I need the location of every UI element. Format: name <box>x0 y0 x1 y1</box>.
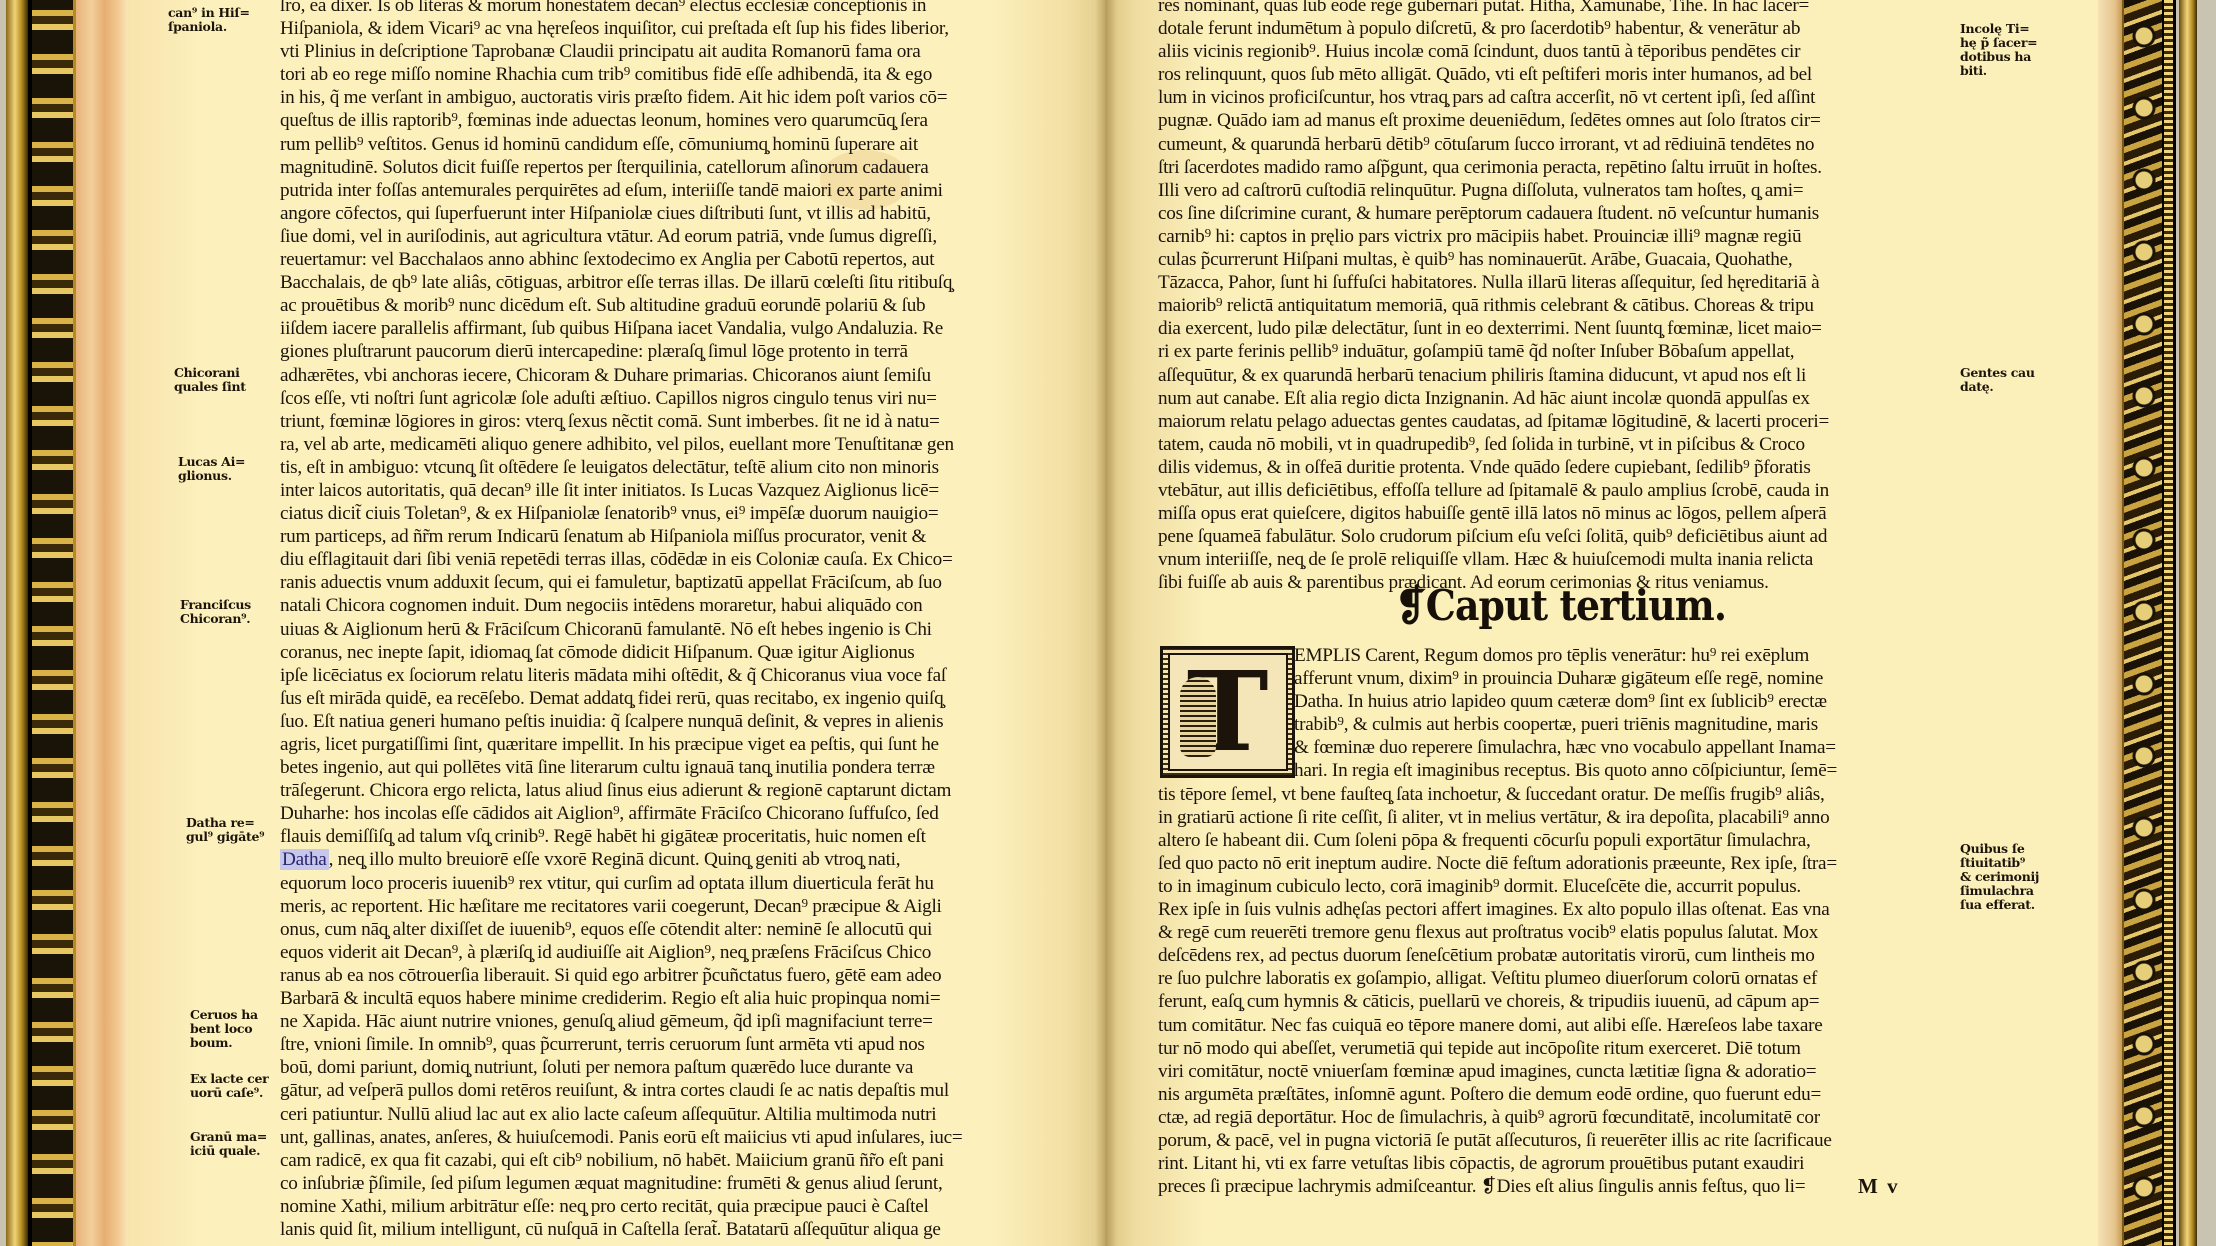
text-line: trāſegerunt. Chicora ergo relicta, latus… <box>280 779 1066 802</box>
text-line: tis tēpore ſemel, vt bene fauſteq̧ ſata … <box>1158 783 1944 806</box>
text-line: trabib⁹, & culmis aut herbis coopertæ, p… <box>1158 713 1944 736</box>
text-line: Duharhe: hos incolas eſſe cādidos ait Ai… <box>280 802 1066 825</box>
text-line: Rex ipſe in ſuis vulnis adhęſas pectori … <box>1158 898 1944 921</box>
right-ornamental-border <box>2122 0 2162 1246</box>
margin-note-line: Datha re= <box>186 816 264 830</box>
text-line: re ſuo pulchre laboratis ex goſampio, al… <box>1158 967 1944 990</box>
margin-note-hispaniola: can⁹ in Hiſ=ſpaniola. <box>168 6 250 34</box>
left-page-body-text: ſro, ea dixer. Is ob literas & morum hon… <box>280 0 1066 1241</box>
text-line: tis, eſt in ambiguo: vtcunq̧ ſit oſtēder… <box>280 456 1066 479</box>
text-line: dia exercent, ludo pilæ delectātur, ſunt… <box>1158 317 1944 340</box>
text-line: & regē cum reuerēti tremore genu flexus … <box>1158 921 1944 944</box>
text-line: rint. Litant hi, vti ex farre vetuſtas l… <box>1158 1152 1944 1175</box>
margin-note-line: ſpaniola. <box>168 20 250 34</box>
text-line: equos viderit ait Decan⁹, à plæriſq̧ id … <box>280 941 1066 964</box>
text-line: magnitudinē. Solutos dicit fuiſſe repert… <box>280 156 1066 179</box>
text-line: maiorum relatu pelago aduectas gentes ca… <box>1158 410 1944 433</box>
text-line: in gratiarū actione ſi rite ceſſit, ſi a… <box>1158 806 1944 829</box>
text-line: Datha, neq̧ illo multo breuiorē eſſe vxo… <box>280 848 1066 871</box>
text-line: porum, & pacē, vel in pugna victoriā ſe … <box>1158 1129 1944 1152</box>
open-book-spread: ſro, ea dixer. Is ob literas & morum hon… <box>0 0 2216 1246</box>
text-line: ſtre, vnioni ſimile. In omnib⁹, quas p̃c… <box>280 1033 1066 1056</box>
margin-note-line: dotibus ha <box>1960 50 2037 64</box>
text-line: in his, q̃ me verſant in ambiguo, auctor… <box>280 86 1066 109</box>
text-line: viri comitātur, noctē vniuerſam fœminæ a… <box>1158 1060 1944 1083</box>
margin-note-line: Ceruos ha <box>190 1008 258 1022</box>
text-line: tatem, cauda nō mobili, vt in quadrupedi… <box>1158 433 1944 456</box>
text-line: aſſequūtur, & ex quarundā herbarū tenaci… <box>1158 364 1944 387</box>
margin-note-line: datę. <box>1960 380 2035 394</box>
text-line: hari. In regia eſt imaginibus receptus. … <box>1158 759 1944 782</box>
text-line: diu eſflagitauit dari ſibi veniā repetēd… <box>280 548 1066 571</box>
margin-note-line: Granū ma= <box>190 1130 267 1144</box>
margin-note-line: iciū quale. <box>190 1144 267 1158</box>
text-line: to in imaginum cubiculo lecto, corā imag… <box>1158 875 1944 898</box>
text-line: Barbarā & incultā equos habere minime cr… <box>280 987 1066 1010</box>
text-line: cam radicē, ex qua fit cazabi, qui eſt c… <box>280 1149 1066 1172</box>
margin-note-line: hę p̃ ſacer= <box>1960 36 2037 50</box>
margin-note-franciscus: FranciſcusChicoran⁹. <box>180 598 251 626</box>
text-line: triunt, fœminæ lōgiores in giros: vterq̧… <box>280 410 1066 433</box>
text-line: boū, domi pariunt, domiq̧ nutriunt, ſolu… <box>280 1056 1066 1079</box>
text-line: ra, vel ab arte, medicamēti aliquo gener… <box>280 433 1066 456</box>
text-line: tur nō modo qui abeſſet, verumetiā qui t… <box>1158 1037 1944 1060</box>
text-line: dotale ferunt indumētum à populo diſcret… <box>1158 17 1944 40</box>
text-line: rum particeps, ad ñr̃m rerum Indicarū ſ… <box>280 525 1066 548</box>
margin-note-line: Incolę Ti= <box>1960 22 2037 36</box>
text-line: co inſubriæ p̃ſimile, ſed piſum legumen … <box>280 1172 1066 1195</box>
text-line: tori ab eo rege miſſo nomine Rhachia cum… <box>280 63 1066 86</box>
text-line: angore cōfectos, qui ſuperfuerunt inter … <box>280 202 1066 225</box>
text-line: flauis demiſſiſq̧ ad talum vſq̧ crinib⁹.… <box>280 825 1066 848</box>
text-line: ſed quo pacto nō erit ineptum audire. No… <box>1158 852 1944 875</box>
margin-note-granum: Granū ma=iciū quale. <box>190 1130 267 1158</box>
text-line: cos ſine diſcrimine curant, & humare per… <box>1158 202 1944 225</box>
right-gilt-edge <box>2179 0 2197 1246</box>
margin-note-line: Lucas Ai= <box>178 455 245 469</box>
text-line: ac prouētibus & morib⁹ nunc dicēdum eſt.… <box>280 294 1066 317</box>
text-line: ceri patiuntur. Nullū aliud lac aut ex a… <box>280 1103 1066 1126</box>
text-line: cumeunt, & quarundā herbarū dētib⁹ cōtuſ… <box>1158 133 1944 156</box>
right-page-body-text-bottom: EMPLIS Carent, Regum domos pro tēplis ve… <box>1158 644 1944 1198</box>
text-line: ciatus dicit̃ ciuis Toletan⁹, & ex Hiſpa… <box>280 502 1066 525</box>
margin-note-line: glionus. <box>178 469 245 483</box>
text-line: num aut canabe. Eſt alia regio dicta Inz… <box>1158 387 1944 410</box>
text-line: natali Chicora cognomen induit. Dum nego… <box>280 594 1066 617</box>
text-line: pugnæ. Quādo iam ad manus eſt proxime de… <box>1158 109 1944 132</box>
text-line: rum pellib⁹ veſtitos. Genus id hominū ca… <box>280 133 1066 156</box>
text-line: ri ex parte ferinis pellib⁹ induātur, go… <box>1158 340 1944 363</box>
text-line: culas p̃currerunt Hiſpani multas, è quib… <box>1158 248 1944 271</box>
margin-note-line: quales ſint <box>174 380 246 394</box>
text-line: EMPLIS Carent, Regum domos pro tēplis ve… <box>1158 644 1944 667</box>
text-line: altero ſe habeant dii. Cum ſoleni pōpa &… <box>1158 829 1944 852</box>
text-line: reuertamur: vel Bacchalaos anno abhinc ſ… <box>280 248 1066 271</box>
margin-note-line: boum. <box>190 1036 258 1050</box>
text-line: Tāzacca, Pahor, ſunt hi ſuffuſci habitat… <box>1158 271 1944 294</box>
text-line: preces ſi præcipue lachrymis admiſceantu… <box>1158 1175 1944 1198</box>
right-page-body-text-top: res nominant, quas ſub eodē rege guberna… <box>1158 0 1944 594</box>
text-line: agris, licet purgatiſſimi ſint, quæritar… <box>280 733 1066 756</box>
text-line: gātur, ad veſperā pullos domi retēros re… <box>280 1079 1066 1102</box>
text-line: coranus, nec inepte ſapit, idiomaq̧ ſat … <box>280 641 1066 664</box>
text-line: ctæ, ad regiā deportātur. Hoc de ſimulac… <box>1158 1106 1944 1129</box>
margin-note-gentes: Gentes caudatę. <box>1960 366 2035 394</box>
margin-note-quibus: Quibus ſeſtiuitatib⁹& cerimonijſimulachr… <box>1960 842 2039 912</box>
margin-note-ceruos: Ceruos habent locoboum. <box>190 1008 258 1050</box>
margin-note-line: Quibus ſe <box>1960 842 2039 856</box>
text-line: pene ſquameā fabulātur. Solo crudorum pi… <box>1158 525 1944 548</box>
text-line: nomine Xathi, milium arbitrātur eſſe: ne… <box>280 1195 1066 1218</box>
margin-note-line: uorū caſe⁹. <box>190 1086 268 1100</box>
text-line: inter laicos autoritatis, quā decan⁹ ill… <box>280 479 1066 502</box>
text-line: equorum loco proceris iuuenib⁹ rex vtitu… <box>280 872 1066 895</box>
text-line: meris, ac reportent. Hic hæſitare me rec… <box>280 895 1066 918</box>
text-line: lanis quid ſit, milium intelligunt, cū n… <box>280 1218 1066 1241</box>
text-line: deſcēdens rex, ad pectus duorum ſeneſcēt… <box>1158 944 1944 967</box>
text-line: iiſdem iacere parallelis affirmant, ſub … <box>280 317 1066 340</box>
right-page-edges <box>2098 0 2122 1246</box>
text-line: lum in vicinos proficiſcuntur, hos vtraq… <box>1158 86 1944 109</box>
margin-note-line: Gentes cau <box>1960 366 2035 380</box>
chapter-heading: ❡Caput tertium. <box>1395 582 1726 630</box>
margin-note-line: ſtiuitatib⁹ <box>1960 856 2039 870</box>
margin-note-incolae: Incolę Ti=hę p̃ ſacer=dotibus habiti. <box>1960 22 2037 78</box>
margin-note-line: Ex lacte cer <box>190 1072 268 1086</box>
text-line: afferunt vnum, dixim⁹ in prouincia Duhar… <box>1158 667 1944 690</box>
margin-note-line: Franciſcus <box>180 598 251 612</box>
text-line: ſuo. Eſt natiua generi humano peſtis inu… <box>280 710 1066 733</box>
left-page-edges <box>76 0 128 1246</box>
text-line: maiorib⁹ relictā antiquitatum memoriā, q… <box>1158 294 1944 317</box>
text-line: putrida inter foſſas antemurales perquir… <box>280 179 1066 202</box>
margin-note-exlacte: Ex lacte ceruorū caſe⁹. <box>190 1072 268 1100</box>
text-line: tum comitātur. Nec fas cuiquā eo tēpore … <box>1158 1014 1944 1037</box>
margin-note-line: can⁹ in Hiſ= <box>168 6 250 20</box>
left-gilt-border <box>28 0 76 1246</box>
text-line: ipſe licēciatus ex ſociorum relatu liter… <box>280 664 1066 687</box>
text-line: Hiſpaniola, & idem Vicari⁹ ac vna hęreſ… <box>280 17 1066 40</box>
margin-note-line: gul⁹ gigāte⁹ <box>186 830 264 844</box>
text-line: giones pluſtrarunt paucorum dierū interc… <box>280 340 1066 363</box>
text-line: Illi vero ad caſtrorū cuſtodiā relinquūt… <box>1158 179 1944 202</box>
margin-note-line: ſua efferat. <box>1960 898 2039 912</box>
text-line: & fœminæ duo reperere ſimulachra, hæc vn… <box>1158 736 1944 759</box>
text-line: vnum interiiſſe, neq̧ de ſe prolē reliqu… <box>1158 548 1944 571</box>
margin-note-line: Chicoran⁹. <box>180 612 251 626</box>
text-line: uiuas & Aiglionum herū & Frāciſcum Chico… <box>280 618 1066 641</box>
text-line: carnib⁹ hi: captos in pręlio pars victri… <box>1158 225 1944 248</box>
right-beaded-border <box>2162 0 2176 1246</box>
margin-note-line: Chicorani <box>174 366 246 380</box>
text-line: ranis aduectis vnum adduxit ſecum, qui e… <box>280 571 1066 594</box>
margin-note-chicorani: Chicoraniquales ſint <box>174 366 246 394</box>
signature-mark: M v <box>1858 1174 1900 1199</box>
text-line: ros relinquunt, quos ſub mēto alligāt. Q… <box>1158 63 1944 86</box>
margin-note-line: ſimulachra <box>1960 884 2039 898</box>
text-line: ne Xapida. Hāc aiunt nutrire vniones, ge… <box>280 1010 1066 1033</box>
text-line: vti Plinius in deſcriptione Taprobanæ Cl… <box>280 40 1066 63</box>
text-line: onus, cum nāq̧ alter dixiſſet de iuuenib… <box>280 918 1066 941</box>
text-line: unt, gallinas, anates, anſeres, & huiuſc… <box>280 1126 1066 1149</box>
text-line: adhærētes, vbi anchoras iecere, Chicoram… <box>280 364 1066 387</box>
text-line: ferunt, eaſq̧ cum hymnis & cāticis, puel… <box>1158 990 1944 1013</box>
book-gutter <box>1095 0 1117 1246</box>
text-line: ſus eſt mirāda quidē, ea recēſebo. Demat… <box>280 687 1066 710</box>
text-line: dilis videmus, & in oſfeā duritie proten… <box>1158 456 1944 479</box>
text-line: ſro, ea dixer. Is ob literas & morum hon… <box>280 0 1066 17</box>
text-line: betes ingenio, aut qui pollētes vitā ſin… <box>280 756 1066 779</box>
text-line: aliis vicinis regionib⁹. Huius incolæ co… <box>1158 40 1944 63</box>
text-line: ranus ab ea nos cōtrouerſia liberauit. S… <box>280 964 1066 987</box>
text-line: ſtri ſacerdotes madido ramo aſp̃gunt, qu… <box>1158 156 1944 179</box>
text-line: miſſa opus erat quieſcere, digitos habui… <box>1158 502 1944 525</box>
text-line: Datha. In huius atrio lapideo quum cæter… <box>1158 690 1944 713</box>
margin-note-lucas: Lucas Ai=glionus. <box>178 455 245 483</box>
margin-note-line: biti. <box>1960 64 2037 78</box>
margin-note-line: bent loco <box>190 1022 258 1036</box>
highlighted-word[interactable]: Datha <box>280 849 329 870</box>
text-line: ſiue domi, vel in auriſodinis, aut agric… <box>280 225 1066 248</box>
text-line: ſcos eſſe, vti noſtri ſunt agricolæ ſole… <box>280 387 1066 410</box>
text-line: queſtus de illis raptorib⁹, fœminas inde… <box>280 109 1066 132</box>
margin-note-line: & cerimonij <box>1960 870 2039 884</box>
text-line: Bacchalais, de qb⁹ late aliâs, cōtiguas,… <box>280 271 1066 294</box>
margin-note-datha: Datha re=gul⁹ gigāte⁹ <box>186 816 264 844</box>
text-line: vtebātur, aut illis deficiētibus, effoſſ… <box>1158 479 1944 502</box>
text-line: res nominant, quas ſub eodē rege guberna… <box>1158 0 1944 17</box>
text-line: nis argumēta præſtātes, inſomnē agunt. P… <box>1158 1083 1944 1106</box>
